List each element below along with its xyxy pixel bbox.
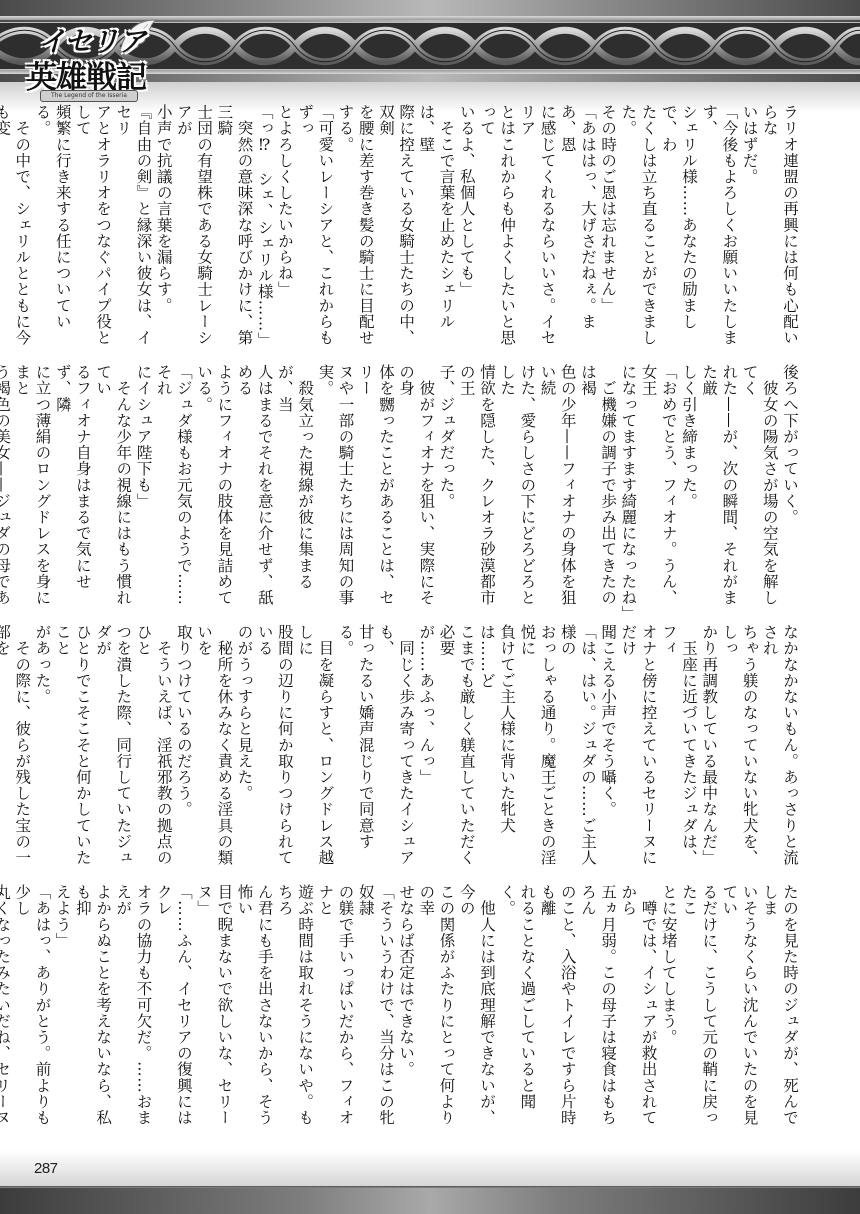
text-column: 目で睨まないで欲しいな、セリーヌ」 bbox=[194, 884, 234, 1134]
text-column: 殺気立った視線が彼に集まるが、当 bbox=[275, 364, 315, 614]
text-column: 「そういうわけで、当分はこの牝奴隷 bbox=[356, 884, 396, 1134]
text-column: そういえば、淫祇邪教の拠点のひと bbox=[133, 624, 173, 874]
text-column: 「あはっ、ありがとう。前よりも少し bbox=[12, 884, 52, 1134]
text-column: う褐色の美女——ジュダの母であり、 bbox=[0, 364, 12, 614]
text-column: とに安堵してしまう。 bbox=[659, 884, 679, 1134]
footer-fade bbox=[0, 1150, 860, 1186]
text-column: のこと、入浴やトイレですら片時も離 bbox=[537, 884, 577, 1134]
text-column: たくしは立ち直ることができました。 bbox=[618, 104, 658, 354]
text-column: つを潰した際、同行していたジュダが bbox=[93, 624, 133, 874]
text-column: えよう」 bbox=[52, 884, 72, 1134]
text-column: 甘ったるい嬌声混じりで同意する。 bbox=[335, 624, 375, 874]
text-column: 色の少年——フィオナの身体を狙い続 bbox=[537, 364, 577, 614]
logo-ribbon: The Legend of the Isseria bbox=[40, 90, 138, 102]
text-column: ちゃう躾のなっていない牝犬を、しっ bbox=[719, 624, 759, 874]
text-column: 頻繁に行き来する任についている。 bbox=[32, 104, 72, 354]
text-column: 「今後もよろしくお願いいたします、 bbox=[699, 104, 739, 354]
text-column: ひとりでこそこそと何かしていたこと bbox=[52, 624, 92, 874]
text-column: の躾で手いっぱいだから、フィオナと bbox=[315, 884, 355, 1134]
text-column: 体を嬲ったことがあることは、セリー bbox=[356, 364, 396, 614]
text-column: 玉座に近づいてきたジュダは、フィ bbox=[659, 624, 699, 874]
text-column: 丸くなったみたいだね、セリーヌは。 bbox=[0, 884, 12, 1134]
text-column: 五ヵ月弱。この母子は寝食はもちろん bbox=[578, 884, 618, 1134]
text-tier-2: 後ろへ下がっていく。 彼女の陽気さが場の空気を解してくれた——が、次の瞬間、それ… bbox=[30, 364, 800, 614]
text-column: けた、愛らしさの下にどろどろとした bbox=[497, 364, 537, 614]
text-column: 目を凝らすと、ロングドレス越しに bbox=[295, 624, 335, 874]
series-logo: イセリア 英雄戦記 The Legend of the Isseria bbox=[20, 18, 158, 98]
text-column: かり再調教している最中なんだ」 bbox=[699, 624, 719, 874]
text-column: 同じく歩み寄ってきたイシュアも、 bbox=[376, 624, 416, 874]
text-column: しく引き締まった。 bbox=[679, 364, 699, 614]
text-column: れた——が、次の瞬間、それがまた厳 bbox=[699, 364, 739, 614]
text-column: るフィオナ自身はまるで気にせず、隣 bbox=[52, 364, 92, 614]
text-column: 小声で抗議の言葉を漏らす。 bbox=[154, 104, 174, 354]
text-column: おっしゃる通り。魔王ごときの淫悦に bbox=[517, 624, 557, 874]
text-column: 情欲を隠した、クレオラ砂漠都市の王 bbox=[457, 364, 497, 614]
text-column: ようにフィオナの肢体を見詰めている。 bbox=[194, 364, 234, 614]
text-column: シェリル様……あなたの励ましで、わ bbox=[659, 104, 699, 354]
text-column: になってますます綺麗になったね」 bbox=[618, 364, 638, 614]
text-column: があった。 bbox=[32, 624, 52, 874]
text-column: 遊ぶ時間は取れそうにないや。もちろ bbox=[275, 884, 315, 1134]
text-column: に立つ薄絹のロングドレスを身にまと bbox=[12, 364, 52, 614]
text-column: 聞こえる小声でそう囁く。 bbox=[598, 624, 618, 874]
text-column: そこで言葉を止めたシェリルは、壁 bbox=[416, 104, 456, 354]
text-column: こまでも厳しく躾直していただく必要 bbox=[436, 624, 476, 874]
text-column: にイシュア陛下も」 bbox=[133, 364, 153, 614]
text-column: その中で、シェリルとともに今も変 bbox=[0, 104, 32, 354]
text-column: 後ろへ下がっていく。 bbox=[780, 364, 800, 614]
text-column: ラリオ連盟の再興には何も心配いらな bbox=[760, 104, 800, 354]
text-column: 突然の意味深な呼びかけに、第三騎 bbox=[214, 104, 254, 354]
text-column: ん君にも手を出さないから、そう怖い bbox=[234, 884, 274, 1134]
text-column: いそうなくらい沈んでいたのを見てい bbox=[719, 884, 759, 1134]
text-column: 「は、はい。ジュダの……ご主人様の bbox=[558, 624, 598, 874]
text-column: に感じてくれるならいいさ。イセリア bbox=[517, 104, 557, 354]
text-column: 士団の有望株である女騎士レーシアが bbox=[174, 104, 214, 354]
text-column: いはずだ。 bbox=[739, 104, 759, 354]
text-column: そんな少年の視線にはもう慣れてい bbox=[93, 364, 133, 614]
text-tier-4: たのを見た時のジュダが、死んでしまいそうなくらい沈んでいたのを見ているだけに、こ… bbox=[30, 884, 800, 1134]
text-column: 際に控えている女騎士たちの中、双剣 bbox=[376, 104, 416, 354]
text-column: のがうっすらと見えた。 bbox=[234, 624, 254, 874]
text-column: よからぬことを考えないなら、私も抑 bbox=[73, 884, 113, 1134]
text-column: 「……ふん、イセリアの復興にはクレ bbox=[154, 884, 194, 1134]
text-column: オラの協力も不可欠だ。……おまえが bbox=[113, 884, 153, 1134]
text-column: 子、ジュダだった。 bbox=[436, 364, 456, 614]
text-column: 股間の辺りに何か取りつけられている bbox=[255, 624, 295, 874]
text-column: るだけに、こうして元の鞘に戻ったこ bbox=[679, 884, 719, 1134]
text-column: いるよ、私個人としても」 bbox=[457, 104, 477, 354]
page-number: 287 bbox=[34, 1160, 58, 1177]
text-column: その際に、彼らが残した宝の一部を bbox=[0, 624, 32, 874]
text-column: 「ジュダ様もお元気のようで……それ bbox=[154, 364, 194, 614]
text-column: 他人には到底理解できないが、今の bbox=[457, 884, 497, 1134]
text-column: ヌや一部の騎士たちには周知の事実。 bbox=[315, 364, 355, 614]
text-tier-3: なかなかないもん。あっさりと流されちゃう躾のなっていない牝犬を、しっかり再調教し… bbox=[30, 624, 800, 874]
text-column: ご機嫌の調子で歩み出てきたのは褐 bbox=[578, 364, 618, 614]
text-column: 「あははっ、大げさだねぇ。まあ、恩 bbox=[558, 104, 598, 354]
text-column: アとオラリオをつなぐパイプ役として bbox=[73, 104, 113, 354]
text-column: とはこれからも仲よくしたいと思って bbox=[477, 104, 517, 354]
text-column: 『自由の剣』と縁深い彼女は、イセリ bbox=[113, 104, 153, 354]
text-column: 秘所を休みなく責める淫具の類いを bbox=[194, 624, 234, 874]
text-column: 彼がフィオナを狙い、実際にその身 bbox=[396, 364, 436, 614]
footer-band bbox=[0, 1188, 860, 1214]
text-column: せならば否定はできない。 bbox=[396, 884, 416, 1134]
text-column: なかなかないもん。あっさりと流され bbox=[760, 624, 800, 874]
text-column: その時のご恩は忘れません」 bbox=[598, 104, 618, 354]
text-column: 噂では、イシュアが救出されてから bbox=[618, 884, 658, 1134]
text-column: とよろしくしたいからね」 bbox=[275, 104, 295, 354]
text-tier-1: ラリオ連盟の再興には何も心配いらないはずだ。「今後もよろしくお願いいたします、シ… bbox=[30, 104, 800, 354]
text-column: この関係がふたりにとって何よりの幸 bbox=[416, 884, 456, 1134]
text-column: れることなく過ごしていると聞く。 bbox=[497, 884, 537, 1134]
text-column: 彼女の陽気さが場の空気を解してく bbox=[739, 364, 779, 614]
text-column: 人はまるでそれを意に介せず、舐める bbox=[234, 364, 274, 614]
text-column: 負けてご主人様に背いた牝犬は……ど bbox=[477, 624, 517, 874]
text-column: オナと傍に控えているセリーヌにだけ bbox=[618, 624, 658, 874]
text-column: を腰に差す巻き髪の騎士に目配せする。 bbox=[335, 104, 375, 354]
text-column: たのを見た時のジュダが、死んでしま bbox=[760, 884, 800, 1134]
text-column: が……あふっ、んっ」 bbox=[416, 624, 436, 874]
text-column: 「可愛いレーシアと、これからもずっ bbox=[295, 104, 335, 354]
text-column: 「おめでとう、フィオナ。うん、女王 bbox=[638, 364, 678, 614]
text-column: 「っ⁉ シェ、シェリル様……」 bbox=[255, 104, 275, 354]
text-column: 取りつけているのだろう。 bbox=[174, 624, 194, 874]
